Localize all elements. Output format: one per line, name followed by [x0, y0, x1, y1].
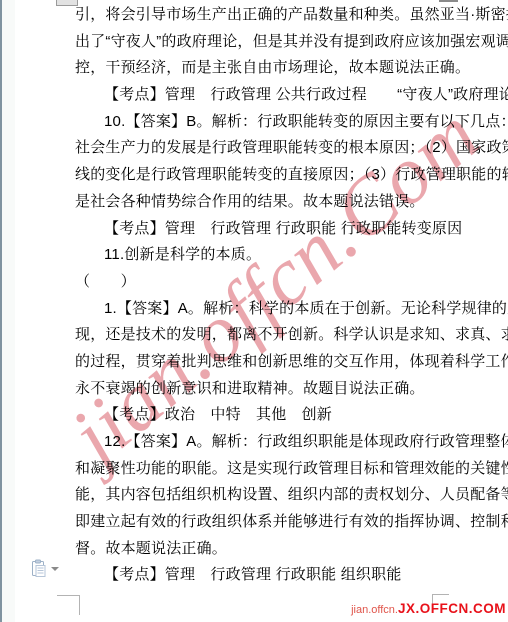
doc-line: 是社会各种情势综合作用的结果。故本题说法错误。 [75, 189, 445, 216]
doc-line-answer: 10.【答案】B。解析：行政职能转变的原因主要有以下几点：（1） [75, 109, 445, 136]
footer-domain-small: jian.offcn. [351, 604, 398, 616]
doc-line: 线的变化是行政管理职能转变的直接原因；（3）行政管理职能的转变 [75, 162, 445, 189]
footer-watermark: jian.offcn.JX.OFFCN.COM [351, 600, 506, 618]
chevron-down-icon [51, 567, 59, 571]
page-left-gutter [2, 0, 15, 622]
doc-line-answer: 1.【答案】A。解析：科学的本质在于创新。无论科学规律的发 [75, 296, 445, 323]
doc-line-answer: 12.【答案】A。解析：行政组织职能是体现政府行政管理整体性 [75, 429, 445, 456]
doc-line-question: 11.创新是科学的本质。 [75, 242, 445, 269]
doc-line: 和凝聚性功能的职能。这是实现行政管理目标和管理效能的关键性职 [75, 456, 445, 483]
doc-line: 永不衰竭的创新意识和进取精神。故题目说法正确。 [75, 376, 445, 403]
doc-line: 能，其内容包括组织机构设置、组织内部的责权划分、人员配备等， [75, 482, 445, 509]
doc-line-kaodian: 【考点】政治 中特 其他 创新 [75, 402, 445, 429]
text-boundary-mark-bottom-right [432, 594, 449, 595]
paste-options-button[interactable] [30, 559, 60, 579]
doc-line-blank-parens: （ ） [75, 269, 445, 296]
doc-line: 出了“守夜人”的政府理论，但是其并没有提到政府应该加强宏观调 [75, 29, 445, 56]
doc-line: 控，干预经济，而是主张自由市场理论，故本题说法正确。 [75, 55, 445, 82]
doc-line: 引，将会引导市场生产出正确的产品数量和种类。虽然亚当·斯密提 [75, 2, 445, 29]
doc-line-kaodian: 【考点】管理 行政管理 公共行政过程 “守夜人”政府理论 [75, 82, 445, 109]
footer-domain-bold: JX.OFFCN.COM [398, 601, 506, 616]
doc-line-kaodian: 【考点】管理 行政管理 行政职能 行政职能转变原因 [75, 216, 445, 243]
doc-line: 的过程，贯穿着批判思维和创新思维的交互作用，体现着科学工作者 [75, 349, 445, 376]
text-boundary-mark-bottom-left [79, 595, 80, 615]
doc-line-kaodian: 【考点】管理 行政管理 行政职能 组织职能 [75, 562, 445, 589]
doc-line: 社会生产力的发展是行政管理职能转变的根本原因；（2）国家政策路 [75, 135, 445, 162]
doc-line: 即建立起有效的行政组织体系并能够进行有效的指挥协调、控制和监 [75, 509, 445, 536]
doc-line: 督。故本题说法正确。 [75, 536, 445, 563]
document-body: 引，将会引导市场生产出正确的产品数量和种类。虽然亚当·斯密提 出了“守夜人”的政… [75, 2, 445, 589]
text-boundary-mark-bottom-left [57, 595, 80, 596]
document-page: jian.offcn.Com 引，将会引导市场生产出正确的产品数量和种类。虽然亚… [0, 0, 508, 622]
doc-line: 现，还是技术的发明，都离不开创新。科学认识是求知、求真、求是 [75, 322, 445, 349]
